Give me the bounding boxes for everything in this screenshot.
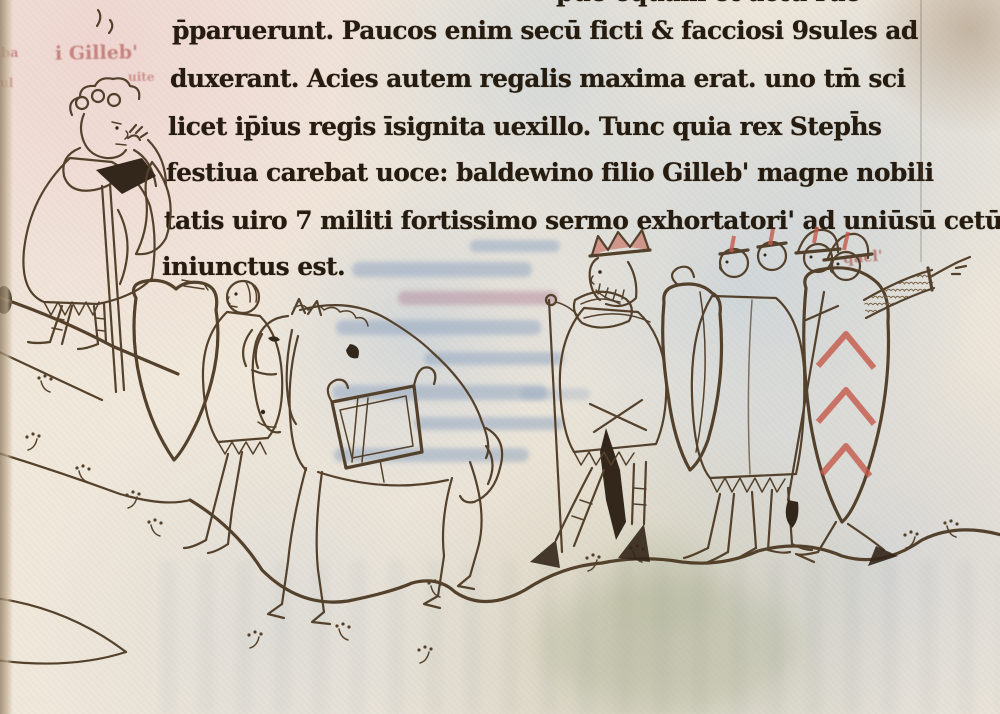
red-chevrons [818,334,874,476]
heart-shield [134,280,218,460]
axeman-figure [23,78,170,392]
king-figure [530,230,666,568]
manuscript-page: p̄uo eq̄uam et actū ruē p̄paruerunt. Pau… [0,0,1000,714]
knight-group [663,227,840,562]
ground [0,296,1000,664]
page-gutter-edge [0,0,13,714]
ruling-line [0,0,921,314]
dismounted-knight-and-horse [134,280,503,624]
marginal-drawing [0,0,1000,714]
pointing-knight [786,232,970,566]
saddle [328,367,436,482]
